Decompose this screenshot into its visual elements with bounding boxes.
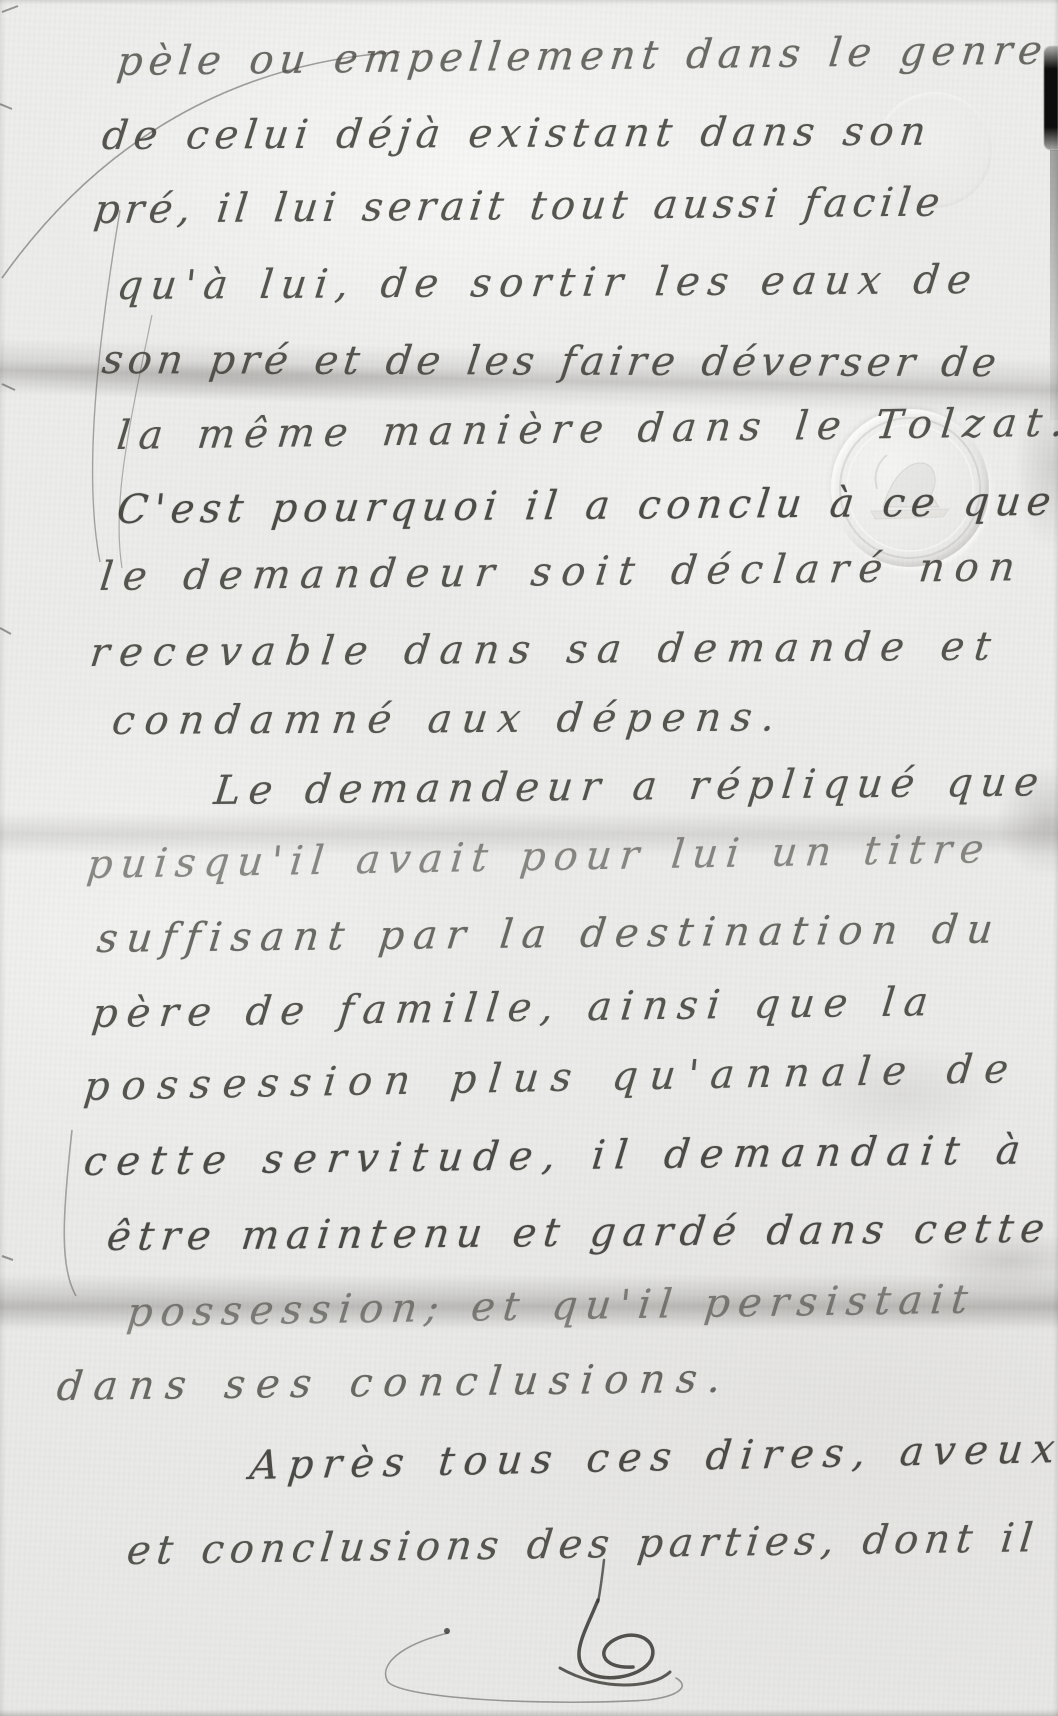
- manuscript-line-16: cette servitude, il demandait à: [82, 1130, 1032, 1182]
- manuscript-line-10: condamné aux dépens.: [110, 697, 787, 741]
- manuscript-line-7: C'est pourquoi il a conclu à ce que: [115, 482, 1058, 530]
- manuscript-line-11: Le demandeur a répliqué que: [212, 762, 1048, 811]
- manuscript-line-17: être maintenu et gardé dans cette: [105, 1209, 1053, 1257]
- manuscript-line-21: et conclusions des parties, dont il: [125, 1518, 1041, 1571]
- manuscript-line-2: de celui déjà existant dans son: [100, 112, 934, 156]
- manuscript-line-13: suffisant par la destination du: [95, 909, 1004, 959]
- manuscript-page: pèle ou empellement dans le genre de cel…: [0, 0, 1058, 1716]
- page-edge-shading: [1053, 0, 1058, 1716]
- page-edge-shading: [0, 0, 6, 1716]
- manuscript-line-1: pèle ou empellement dans le genre: [115, 31, 1050, 82]
- manuscript-line-9: recevable dans sa demande et: [88, 627, 1003, 673]
- manuscript-line-3: pré, il lui serait tout aussi facile: [92, 183, 947, 230]
- manuscript-line-4: qu'à lui, de sortir les eaux de: [115, 260, 981, 306]
- manuscript-line-8: le demandeur soit déclaré non: [98, 547, 1027, 597]
- manuscript-line-19: dans ses conclusions.: [55, 1359, 734, 1407]
- manuscript-line-14: père de famille, ainsi que la: [90, 982, 939, 1034]
- manuscript-line-5: son pré et de les faire déverser de: [100, 340, 1003, 383]
- page-edge-shading: [0, 1709, 1058, 1716]
- page-edge-shading: [0, 0, 1058, 5]
